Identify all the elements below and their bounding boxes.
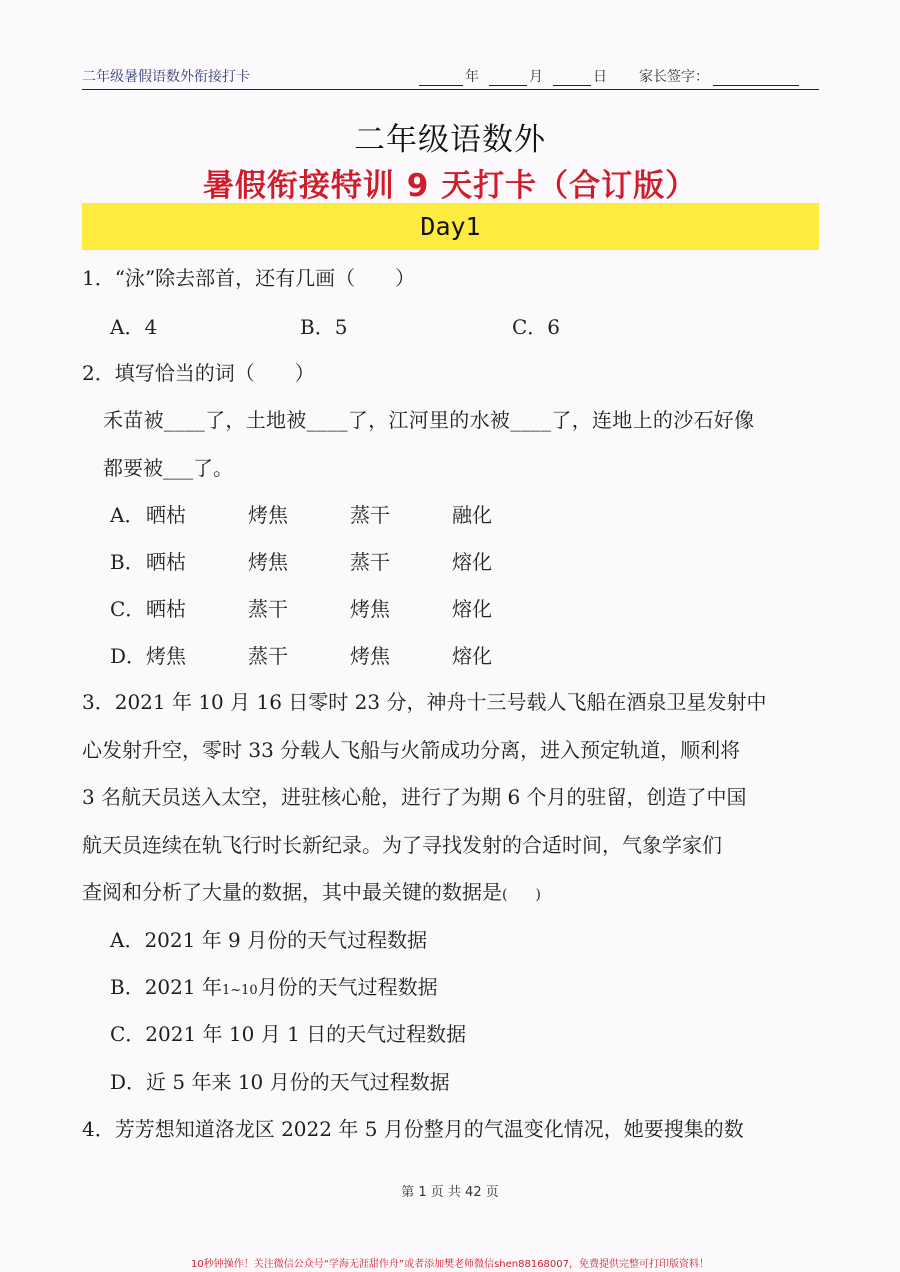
signature-field: 家长签字： <box>639 66 799 86</box>
document-subtitle: 暑假衔接特训 9 天打卡（合订版） <box>0 160 900 205</box>
question-3-line-4: 航天员连续在轨飞行时长新纪录。为了寻找发射的合适时间，气象学家们 <box>82 829 722 858</box>
option-letter: A． <box>110 499 144 528</box>
question-2-option-c[interactable]: C． 晒枯 蒸干 烤焦 熔化 <box>110 593 530 619</box>
question-3-line-2: 心发射升空，零时 33 分载人飞船与火箭成功分离，进入预定轨道，顺利将 <box>82 734 740 763</box>
question-2-passage-line-2: 都要被___了。 <box>103 452 233 481</box>
option-text: B．2021 年 <box>110 975 222 999</box>
question-text: 查阅和分析了大量的数据，其中最关键的数据是 <box>82 880 502 904</box>
option-word: 蒸干 <box>350 499 390 528</box>
question-2-option-d[interactable]: D． 烤焦 蒸干 烤焦 熔化 <box>110 640 530 666</box>
answer-paren: ( ) <box>502 887 541 903</box>
question-text: “泳”除去部首，还有几画（ ） <box>115 266 415 290</box>
month-field: 月 <box>489 66 543 86</box>
option-word: 蒸干 <box>350 546 390 575</box>
question-number: 1． <box>82 266 115 290</box>
option-letter: D． <box>110 640 146 669</box>
question-3-option-d[interactable]: D．近 5 年来 10 月份的天气过程数据 <box>110 1066 450 1095</box>
option-range: 1~10 <box>222 983 258 998</box>
option-word: 蒸干 <box>248 640 288 669</box>
question-3-line-1: 3．2021 年 10 月 16 日零时 23 分，神舟十三号载人飞船在酒泉卫星… <box>82 686 766 715</box>
day-label: Day1 <box>420 212 480 241</box>
option-word: 晒枯 <box>146 499 186 528</box>
option-letter: B． <box>110 546 145 575</box>
date-signature-fields: 年 月 日 家长签字： <box>419 66 799 86</box>
option-letter: C． <box>110 593 145 622</box>
option-word: 烤焦 <box>146 640 186 669</box>
question-2-option-b[interactable]: B． 晒枯 烤焦 蒸干 熔化 <box>110 546 530 572</box>
question-3-option-a[interactable]: A．2021 年 9 月份的天气过程数据 <box>110 924 427 953</box>
day-field: 日 <box>553 66 607 86</box>
year-blank[interactable] <box>419 71 463 86</box>
option-word: 熔化 <box>452 640 492 669</box>
question-1-options: A．4 B．5 C．6 <box>110 311 810 337</box>
question-2: 2．填写恰当的词（ ） <box>82 357 315 386</box>
document-title: 二年级语数外 <box>0 114 900 159</box>
option-word: 熔化 <box>452 546 492 575</box>
year-field: 年 <box>419 66 479 86</box>
month-label: 月 <box>529 66 543 86</box>
question-1: 1．“泳”除去部首，还有几画（ ） <box>82 262 415 291</box>
question-text: 填写恰当的词（ ） <box>115 361 315 385</box>
signature-blank[interactable] <box>713 71 799 86</box>
option-text: 月份的天气过程数据 <box>258 975 438 999</box>
option-c[interactable]: C．6 <box>512 311 560 340</box>
option-word: 烤焦 <box>248 499 288 528</box>
question-4: 4．芳芳想知道洛龙区 2022 年 5 月份整月的气温变化情况，她要搜集的数 <box>82 1113 744 1142</box>
running-header: 二年级暑假语数外衔接打卡 年 月 日 家长签字： <box>82 66 819 90</box>
month-blank[interactable] <box>489 71 527 86</box>
option-word: 蒸干 <box>248 593 288 622</box>
option-word: 烤焦 <box>350 640 390 669</box>
question-2-option-a[interactable]: A． 晒枯 烤焦 蒸干 融化 <box>110 499 530 525</box>
option-b[interactable]: B．5 <box>300 311 347 340</box>
question-2-passage-line-1: 禾苗被____了，土地被____了，江河里的水被____了，连地上的沙石好像 <box>103 404 754 433</box>
day-blank[interactable] <box>553 71 591 86</box>
option-a[interactable]: A．4 <box>110 311 157 340</box>
promo-note: 10秒钟操作！关注微信公众号“学海无涯甜作舟”或者添加樊老师微信shen8816… <box>0 1255 900 1270</box>
day-banner: Day1 <box>82 203 819 250</box>
question-3-option-c[interactable]: C．2021 年 10 月 1 日的天气过程数据 <box>110 1018 466 1047</box>
question-number: 2． <box>82 361 115 385</box>
option-word: 烤焦 <box>350 593 390 622</box>
header-title: 二年级暑假语数外衔接打卡 <box>82 66 250 86</box>
year-label: 年 <box>465 66 479 86</box>
question-3-line-5: 查阅和分析了大量的数据，其中最关键的数据是( ) <box>82 876 541 905</box>
option-word: 晒枯 <box>146 593 186 622</box>
option-word: 熔化 <box>452 593 492 622</box>
question-3-option-b[interactable]: B．2021 年1~10月份的天气过程数据 <box>110 971 438 1000</box>
option-word: 烤焦 <box>248 546 288 575</box>
signature-label: 家长签字： <box>639 66 709 86</box>
page-indicator: 第 1 页 共 42 页 <box>0 1181 900 1200</box>
question-3-line-3: 3 名航天员送入太空，进驻核心舱，进行了为期 6 个月的驻留，创造了中国 <box>82 781 747 810</box>
day-label: 日 <box>593 66 607 86</box>
option-word: 晒枯 <box>146 546 186 575</box>
option-word: 融化 <box>452 499 492 528</box>
